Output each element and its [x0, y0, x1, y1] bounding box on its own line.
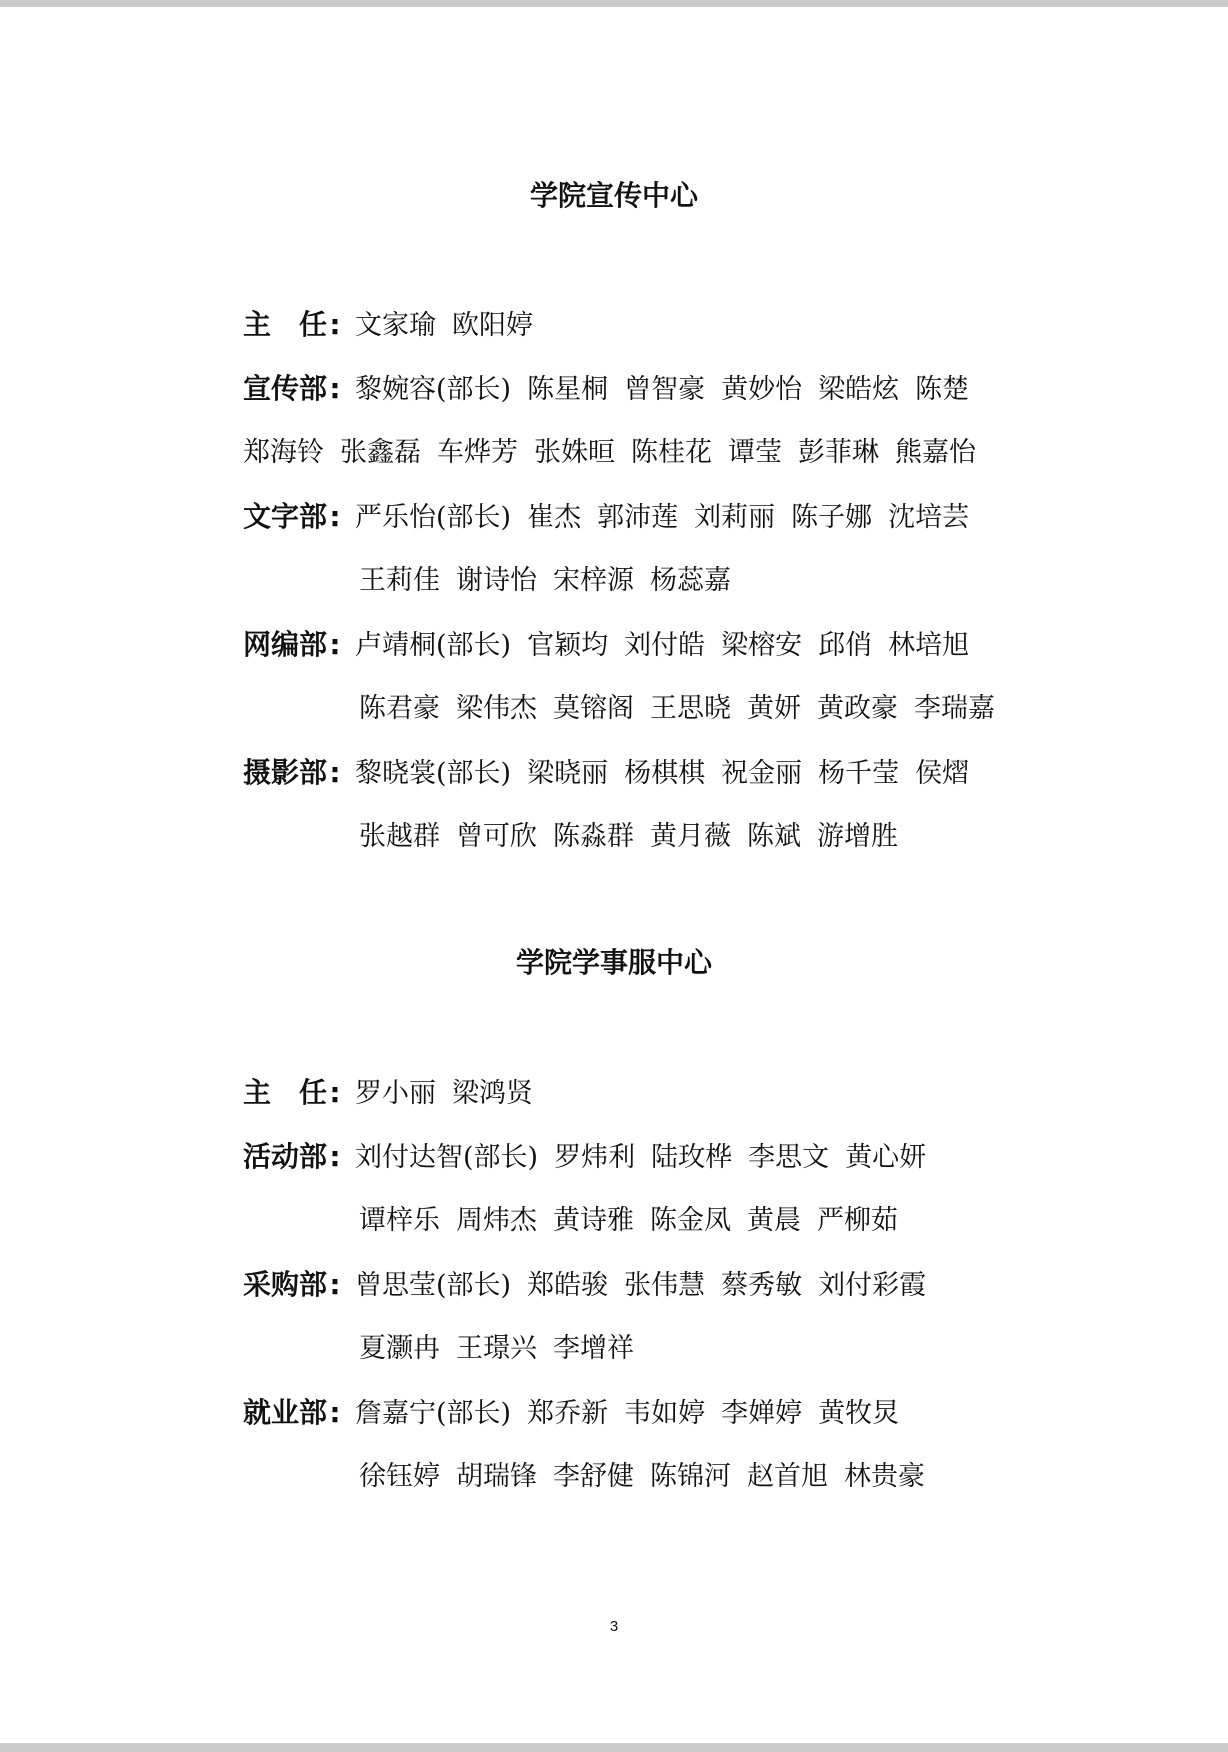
- department-name: 宣传部: [243, 369, 327, 409]
- roster-continuation-row: 张越群曾可欣陈淼群黄月薇陈斌游增胜: [359, 817, 914, 857]
- member-name: 王莉佳: [359, 565, 440, 596]
- member-name: 蔡秀敏: [721, 1270, 802, 1301]
- member-name: 罗炜利: [554, 1142, 635, 1173]
- roster-continuation-row: 谭梓乐周炜杰黄诗雅陈金凤黄晨严柳茹: [359, 1201, 914, 1241]
- member-name: 梁榕安: [721, 630, 802, 661]
- member-name: 李思文: [748, 1142, 829, 1173]
- member-name: 韦如婷: [624, 1398, 705, 1429]
- roster-continuation-row: 徐钰婷胡瑞锋李舒健陈锦河赵首旭林贵豪: [359, 1457, 941, 1497]
- member-name: 陈锦河: [650, 1461, 731, 1492]
- member-name: 陈金凤: [650, 1205, 731, 1236]
- member-name: 李瑞嘉: [914, 693, 995, 724]
- member-name: 谭梓乐: [359, 1205, 440, 1236]
- member-name: 李舒健: [553, 1461, 634, 1492]
- member-name: 文家瑜: [355, 310, 436, 341]
- member-name: 胡瑞锋: [456, 1461, 537, 1492]
- page-number: 3: [0, 1618, 1228, 1635]
- roster-continuation-row: 陈君豪梁伟杰莫镕阁王思晓黄妍黄政豪李瑞嘉: [359, 689, 1011, 729]
- member-name: 黄心妍: [845, 1142, 926, 1173]
- member-list: 谭梓乐周炜杰黄诗雅陈金凤黄晨严柳茹: [359, 1201, 914, 1241]
- department-label: 活动部:: [243, 1137, 355, 1177]
- member-name: 张姝晅: [534, 437, 615, 468]
- member-name: 沈培芸: [888, 502, 969, 533]
- label-colon: :: [327, 305, 343, 345]
- member-name: 严乐怡(部长): [355, 502, 511, 533]
- member-name: 黄妙怡: [721, 374, 802, 405]
- member-name: 王思晓: [650, 693, 731, 724]
- member-name: 黄妍: [747, 693, 801, 724]
- roster-row: 就业部:詹嘉宁(部长)郑乔新韦如婷李婵婷黄牧炅: [243, 1393, 915, 1433]
- member-name: 张越群: [359, 821, 440, 852]
- member-name: 莫镕阁: [553, 693, 634, 724]
- member-list: 卢靖桐(部长)官颖均刘付皓梁榕安邱俏林培旭: [355, 626, 985, 666]
- label-colon: :: [327, 1393, 343, 1433]
- member-name: 张伟慧: [624, 1270, 705, 1301]
- roster-row: 宣传部:黎婉容(部长)陈星桐曾智豪黄妙怡梁皓炫陈楚: [243, 369, 985, 409]
- department-label: 就业部:: [243, 1393, 355, 1433]
- member-name: 杨千莹: [818, 758, 899, 789]
- member-list: 罗小丽梁鸿贤: [355, 1074, 549, 1114]
- member-list: 曾思莹(部长)郑皓骏张伟慧蔡秀敏刘付彩霞: [355, 1266, 942, 1306]
- member-list: 郑海铃张鑫磊车烨芳张姝晅陈桂花谭莹彭菲琳熊嘉怡: [243, 433, 992, 473]
- department-name: 摄影部: [243, 753, 327, 793]
- member-name: 官颖均: [527, 630, 608, 661]
- member-name: 陈君豪: [359, 693, 440, 724]
- member-list: 詹嘉宁(部长)郑乔新韦如婷李婵婷黄牧炅: [355, 1394, 915, 1434]
- department-name: 活动部: [243, 1137, 327, 1177]
- member-name: 邱俏: [818, 630, 872, 661]
- department-label: 主 任:: [243, 305, 355, 345]
- department-label: 网编部:: [243, 625, 355, 665]
- member-name: 崔杰: [527, 502, 581, 533]
- department-name: 文字部: [243, 497, 327, 537]
- member-name: 卢靖桐(部长): [355, 630, 511, 661]
- member-name: 陈斌: [747, 821, 801, 852]
- member-name: 曾可欣: [456, 821, 537, 852]
- label-colon: :: [327, 369, 343, 409]
- member-name: 车烨芳: [437, 437, 518, 468]
- member-name: 祝金丽: [721, 758, 802, 789]
- member-list: 王莉佳谢诗怡宋梓源杨蕊嘉: [359, 561, 747, 601]
- member-name: 黄牧炅: [818, 1398, 899, 1429]
- member-list: 陈君豪梁伟杰莫镕阁王思晓黄妍黄政豪李瑞嘉: [359, 689, 1011, 729]
- member-name: 李婵婷: [721, 1398, 802, 1429]
- member-name: 欧阳婷: [452, 310, 533, 341]
- member-name: 刘莉丽: [694, 502, 775, 533]
- department-label: 摄影部:: [243, 753, 355, 793]
- member-name: 黄政豪: [817, 693, 898, 724]
- member-name: 侯熠: [915, 758, 969, 789]
- member-name: 谭莹: [728, 437, 782, 468]
- member-name: 刘付彩霞: [818, 1270, 926, 1301]
- member-list: 黎婉容(部长)陈星桐曾智豪黄妙怡梁皓炫陈楚: [355, 370, 985, 410]
- member-list: 文家瑜欧阳婷: [355, 306, 549, 346]
- roster-row: 文字部:严乐怡(部长)崔杰郭沛莲刘莉丽陈子娜沈培芸: [243, 497, 985, 537]
- label-colon: :: [327, 1265, 343, 1305]
- department-name: 采购部: [243, 1265, 327, 1305]
- member-name: 杨蕊嘉: [650, 565, 731, 596]
- member-name: 詹嘉宁(部长): [355, 1398, 511, 1429]
- member-name: 郭沛莲: [597, 502, 678, 533]
- member-name: 游增胜: [817, 821, 898, 852]
- department-name: 主 任: [243, 1073, 327, 1113]
- member-name: 梁晓丽: [527, 758, 608, 789]
- roster-continuation-row: 王莉佳谢诗怡宋梓源杨蕊嘉: [359, 561, 747, 601]
- department-name: 就业部: [243, 1393, 327, 1433]
- label-colon: :: [327, 1137, 343, 1177]
- member-list: 严乐怡(部长)崔杰郭沛莲刘莉丽陈子娜沈培芸: [355, 498, 985, 538]
- member-name: 梁伟杰: [456, 693, 537, 724]
- section-title-student-affairs-center: 学院学事服中心: [0, 945, 1228, 981]
- member-list: 刘付达智(部长)罗炜利陆玫桦李思文黄心妍: [355, 1138, 942, 1178]
- member-name: 罗小丽: [355, 1078, 436, 1109]
- department-label: 宣传部:: [243, 369, 355, 409]
- member-name: 曾思莹(部长): [355, 1270, 511, 1301]
- member-name: 郑皓骏: [527, 1270, 608, 1301]
- member-name: 郑乔新: [527, 1398, 608, 1429]
- member-name: 梁皓炫: [818, 374, 899, 405]
- member-name: 张鑫磊: [340, 437, 421, 468]
- member-name: 陆玫桦: [651, 1142, 732, 1173]
- member-name: 陈星桐: [527, 374, 608, 405]
- department-label: 主 任:: [243, 1073, 355, 1113]
- member-name: 陈楚: [915, 374, 969, 405]
- member-name: 黎婉容(部长): [355, 374, 511, 405]
- member-name: 黎晓裳(部长): [355, 758, 511, 789]
- top-page-border: [0, 0, 1228, 7]
- department-name: 网编部: [243, 625, 327, 665]
- member-name: 刘付皓: [624, 630, 705, 661]
- member-name: 夏灏冉: [359, 1333, 440, 1364]
- member-name: 周炜杰: [456, 1205, 537, 1236]
- member-name: 黄月薇: [650, 821, 731, 852]
- member-name: 陈子娜: [791, 502, 872, 533]
- roster-continuation-row: 夏灏冉王璟兴李增祥: [359, 1329, 650, 1369]
- member-name: 熊嘉怡: [895, 437, 976, 468]
- roster-row: 主 任:罗小丽梁鸿贤: [243, 1073, 549, 1113]
- department-label: 采购部:: [243, 1265, 355, 1305]
- member-name: 王璟兴: [456, 1333, 537, 1364]
- member-name: 李增祥: [553, 1333, 634, 1364]
- member-list: 张越群曾可欣陈淼群黄月薇陈斌游增胜: [359, 817, 914, 857]
- label-colon: :: [327, 497, 343, 537]
- member-name: 赵首旭: [747, 1461, 828, 1492]
- member-name: 郑海铃: [243, 437, 324, 468]
- section-title-publicity-center: 学院宣传中心: [0, 178, 1228, 214]
- member-name: 陈淼群: [553, 821, 634, 852]
- label-colon: :: [327, 753, 343, 793]
- roster-row: 主 任:文家瑜欧阳婷: [243, 305, 549, 345]
- member-list: 徐钰婷胡瑞锋李舒健陈锦河赵首旭林贵豪: [359, 1457, 941, 1497]
- roster-row: 摄影部:黎晓裳(部长)梁晓丽杨棋棋祝金丽杨千莹侯熠: [243, 753, 985, 793]
- member-list: 夏灏冉王璟兴李增祥: [359, 1329, 650, 1369]
- member-name: 谢诗怡: [456, 565, 537, 596]
- member-name: 杨棋棋: [624, 758, 705, 789]
- member-list: 黎晓裳(部长)梁晓丽杨棋棋祝金丽杨千莹侯熠: [355, 754, 985, 794]
- member-name: 徐钰婷: [359, 1461, 440, 1492]
- member-name: 黄晨: [747, 1205, 801, 1236]
- member-name: 曾智豪: [624, 374, 705, 405]
- member-name: 彭菲琳: [798, 437, 879, 468]
- label-colon: :: [327, 1073, 343, 1113]
- roster-continuation-row: 郑海铃张鑫磊车烨芳张姝晅陈桂花谭莹彭菲琳熊嘉怡: [243, 433, 992, 473]
- department-name: 主 任: [243, 305, 327, 345]
- label-colon: :: [327, 625, 343, 665]
- member-name: 严柳茹: [817, 1205, 898, 1236]
- department-label: 文字部:: [243, 497, 355, 537]
- roster-row: 采购部:曾思莹(部长)郑皓骏张伟慧蔡秀敏刘付彩霞: [243, 1265, 942, 1305]
- member-name: 宋梓源: [553, 565, 634, 596]
- member-name: 林培旭: [888, 630, 969, 661]
- member-name: 梁鸿贤: [452, 1078, 533, 1109]
- roster-row: 活动部:刘付达智(部长)罗炜利陆玫桦李思文黄心妍: [243, 1137, 942, 1177]
- member-name: 黄诗雅: [553, 1205, 634, 1236]
- bottom-page-border: [0, 1743, 1228, 1752]
- member-name: 林贵豪: [844, 1461, 925, 1492]
- member-name: 刘付达智(部长): [355, 1142, 538, 1173]
- member-name: 陈桂花: [631, 437, 712, 468]
- roster-row: 网编部:卢靖桐(部长)官颖均刘付皓梁榕安邱俏林培旭: [243, 625, 985, 665]
